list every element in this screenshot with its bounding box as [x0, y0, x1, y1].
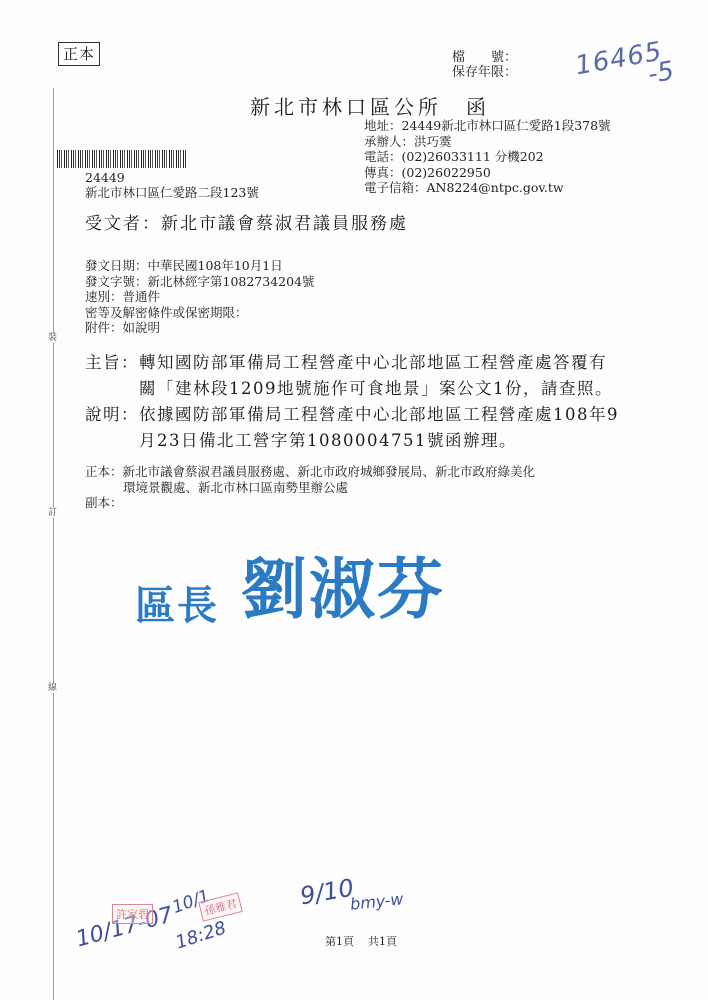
original-recipients-line-1: 正本：新北市議會蔡淑君議員服務處、新北市政府城鄉發展局、新北市政府綠美化	[85, 464, 535, 480]
recipient-line: 受文者：新北市議會蔡淑君議員服務處	[85, 209, 408, 234]
postal-barcode	[57, 150, 187, 168]
margin-mark-staple: 訂	[48, 508, 57, 518]
recipient-postal-code: 24449	[85, 170, 259, 185]
delivery-speed: 速別：普通件	[85, 289, 315, 305]
copy-type-tag: 正本	[58, 42, 100, 66]
sender-address: 地址：24449新北市林口區仁愛路1段378號	[364, 118, 611, 134]
current-page: 第1頁	[325, 935, 354, 948]
official-signature-seal: 區長劉淑芬	[135, 536, 445, 631]
handwritten-date-2: 9/10	[298, 874, 356, 911]
subject-line-1: 主旨：轉知國防部軍備局工程營產中心北部地區工程營產處答覆有	[85, 350, 619, 376]
phone-number: 電話：(02)26033111 分機202	[364, 149, 611, 165]
file-number-label: 檔 號：	[452, 50, 517, 65]
fax-number: 傳真：(02)26022950	[364, 165, 611, 181]
sender-contact-block: 地址：24449新北市林口區仁愛路1段378號 承辦人：洪巧霙 電話：(02)2…	[364, 118, 611, 196]
total-pages: 共1頁	[368, 935, 397, 948]
email-address: 電子信箱：AN8224@ntpc.gov.tw	[364, 180, 611, 196]
handwritten-time: 18:28	[173, 917, 229, 953]
retention-period-label: 保存年限：	[452, 65, 517, 80]
signature-name: 劉淑芬	[241, 550, 445, 628]
security-classification: 密等及解密條件或保密期限：	[85, 305, 315, 321]
document-number: 發文字號：新北林經字第1082734204號	[85, 274, 315, 290]
letter-body: 主旨：轉知國防部軍備局工程營產中心北部地區工程營產處答覆有 關「建林段1209地…	[85, 350, 619, 454]
handwritten-file-suffix: -5	[646, 56, 677, 90]
copy-recipients: 副本：	[85, 495, 535, 511]
page-number: 第1頁共1頁	[325, 933, 397, 949]
issue-date: 發文日期：中華民國108年10月1日	[85, 258, 315, 274]
original-recipients-line-2: 環境景觀處、新北市林口區南勢里辦公處	[85, 480, 535, 496]
explanation-line-2: 月23日備北工營字第1080004751號函辦理。	[85, 428, 619, 454]
signature-title: 區長	[135, 582, 219, 629]
attachment: 附件：如說明	[85, 320, 315, 336]
margin-mark-line: 線	[48, 683, 57, 693]
document-title: 新北市林口區公所 函	[250, 91, 490, 120]
archive-info: 檔 號： 保存年限：	[452, 50, 517, 80]
margin-mark-bind: 裝	[48, 333, 57, 343]
explanation-line-1: 說明：依據國防部軍備局工程營產中心北部地區工程營產處108年9	[85, 402, 619, 428]
recipient-mailing-address: 24449 新北市林口區仁愛路二段123號	[85, 170, 259, 200]
document-meta: 發文日期：中華民國108年10月1日 發文字號：新北林經字第1082734204…	[85, 258, 315, 336]
personal-seal-stamp-1: 許家碧	[112, 904, 153, 924]
distribution-list: 正本：新北市議會蔡淑君議員服務處、新北市政府城鄉發展局、新北市政府綠美化 環境景…	[85, 464, 535, 511]
subject-line-2: 關「建林段1209地號施作可食地景」案公文1份，請查照。	[85, 376, 619, 402]
handwritten-initials: bmy-w	[349, 889, 404, 913]
official-letter-page: 正本 裝 訂 線 檔 號： 保存年限： 16465 -5 新北市林口區公所 函 …	[0, 0, 708, 1000]
recipient-street-address: 新北市林口區仁愛路二段123號	[85, 185, 259, 200]
binding-margin-line	[53, 88, 54, 1000]
handler-name: 承辦人：洪巧霙	[364, 134, 611, 150]
